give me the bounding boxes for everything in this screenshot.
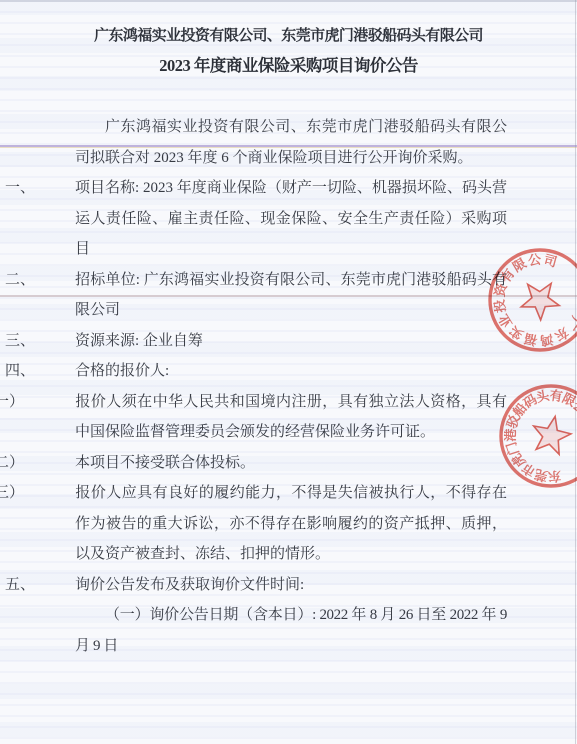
- svg-text:船: 船: [509, 400, 529, 420]
- item-4-sub-3-number: （三）: [27, 478, 75, 509]
- item-4-qualified-bidders: 四、合格的报价人:: [75, 356, 507, 387]
- item-4-sub-2-text: 本项目不接受联合体投标。: [75, 455, 255, 471]
- svg-text:头: 头: [535, 387, 552, 405]
- item-4-sub-2-number: （二）: [27, 448, 75, 479]
- svg-text:限: 限: [510, 255, 529, 275]
- svg-text:有: 有: [549, 388, 564, 405]
- item-1-number: 一、: [40, 173, 75, 204]
- document-title-companies: 广东鸿福实业投资有限公司、东莞市虎门港驳船码头有限公司: [0, 24, 577, 45]
- document-body: 广东鸿福实业投资有限公司、东莞市虎门港驳船码头有限公司拟联合对 2023 年度 …: [75, 112, 507, 661]
- item-4-sub-1-number: （一）: [27, 387, 75, 418]
- item-5-sub-1: （一）询价公告日期（含本日）: 2022 年 8 月 26 日至 2022 年 …: [75, 600, 507, 661]
- item-4-number: 四、: [40, 356, 75, 387]
- svg-text:限: 限: [560, 390, 577, 409]
- item-5-announcement-time: 五、询价公告发布及获取询价文件时间:: [75, 570, 507, 601]
- item-4-sub-2: （二）本项目不接受联合体投标。: [75, 448, 507, 479]
- scan-artifact-page-edge: [575, 0, 576, 744]
- svg-text:司: 司: [542, 252, 558, 270]
- item-3-number: 三、: [40, 326, 75, 357]
- svg-text:公: 公: [570, 398, 577, 418]
- svg-text:广: 广: [563, 314, 577, 333]
- intro-paragraph: 广东鸿福实业投资有限公司、东莞市虎门港驳船码头有限公司拟联合对 2023 年度 …: [75, 112, 507, 173]
- svg-text:福: 福: [523, 331, 540, 349]
- svg-text:码: 码: [521, 392, 540, 412]
- svg-text:东: 东: [552, 324, 571, 344]
- item-3-funding-source: 三、资源来源: 企业自筹: [75, 326, 507, 357]
- item-1-project-name: 一、项目名称: 2023 年度商业保险（财产一切险、机器损坏险、码头营运人责任险…: [75, 173, 507, 265]
- item-1-text: 项目名称: 2023 年度商业保险（财产一切险、机器损坏险、码头营运人责任险、雇…: [75, 180, 507, 257]
- item-5-text: 询价公告发布及获取询价文件时间:: [75, 577, 304, 593]
- item-4-sub-3-text: 报价人应具有良好的履约能力，不得是失信被执行人，不得存在作为被告的重大诉讼，亦不…: [75, 485, 507, 562]
- scan-artifact-top-edge: [0, 0, 577, 2]
- svg-text:东: 东: [547, 468, 561, 484]
- item-3-text: 资源来源: 企业自筹: [75, 333, 203, 349]
- svg-text:市: 市: [519, 460, 538, 480]
- document-title: 2023 年度商业保险采购项目询价公告: [0, 52, 577, 76]
- item-4-text: 合格的报价人:: [75, 363, 169, 379]
- item-5-number: 五、: [40, 570, 75, 601]
- item-4-sub-3: （三）报价人应具有良好的履约能力，不得是失信被执行人，不得存在作为被告的重大诉讼…: [75, 478, 507, 570]
- item-4-sub-1-text: 报价人须在中华人民共和国境内注册，具有独立法人资格，具有中国保险监督管理委员会颁…: [75, 394, 507, 441]
- svg-text:鸿: 鸿: [539, 331, 554, 348]
- item-5-sub-1-number: （一）: [105, 607, 149, 623]
- item-2-number: 二、: [40, 265, 75, 296]
- scanned-document-page: 广东鸿福实业投资有限公司、东莞市虎门港驳船码头有限公司 2023 年度商业保险采…: [0, 0, 577, 744]
- item-2-text: 招标单位: 广东鸿福实业投资有限公司、东莞市虎门港驳船码头有限公司: [75, 272, 507, 319]
- svg-text:莞: 莞: [533, 466, 549, 484]
- item-2-tendering-units: 二、招标单位: 广东鸿福实业投资有限公司、东莞市虎门港驳船码头有限公司: [75, 265, 507, 326]
- svg-text:实: 实: [507, 323, 526, 343]
- svg-text:公: 公: [527, 251, 543, 268]
- svg-text:虎: 虎: [509, 451, 529, 470]
- item-4-sub-1: （一）报价人须在中华人民共和国境内注册，具有独立法人资格，具有中国保险监督管理委…: [75, 387, 507, 448]
